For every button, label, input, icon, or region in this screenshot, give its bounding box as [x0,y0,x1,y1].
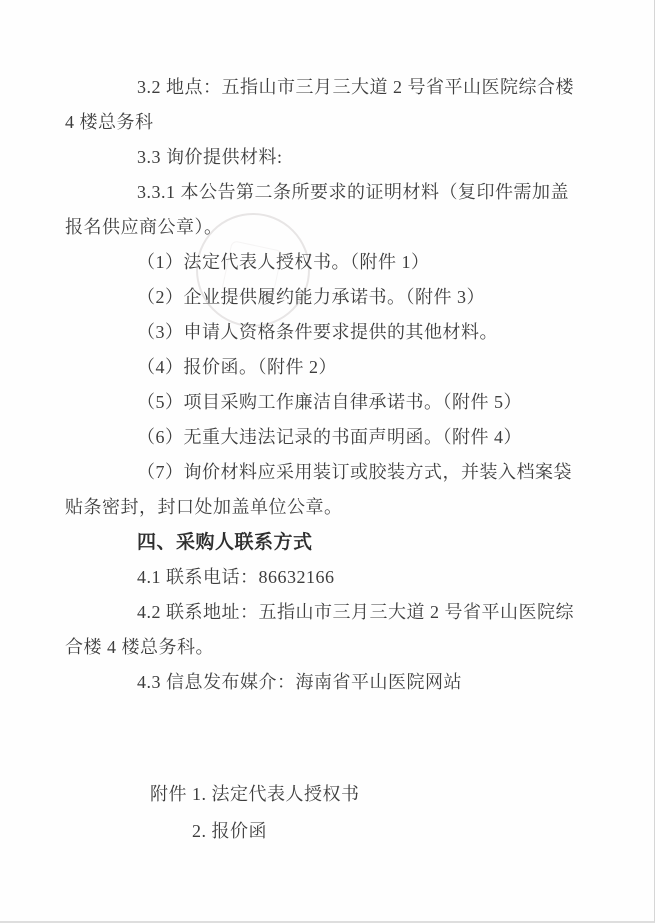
list-item-2-commitment: （2）企业提供履约能力承诺书。（附件 3） [65,280,605,315]
list-item-6-declaration: （6）无重大违法记录的书面声明函。（附件 4） [65,420,605,455]
list-item-7-wrap: 贴条密封，封口处加盖单位公章。 [65,490,605,525]
scanned-document-page: 3.2 地点：五指山市三月三大道 2 号省平山医院综合楼 4 楼总务科 3.3 … [0,0,655,923]
line-4-1-phone: 4.1 联系电话：86632166 [65,560,605,595]
attachments-list: 附件 1. 法定代表人授权书 2. 报价函 [65,776,605,850]
list-item-1-authorization: （1）法定代表人授权书。（附件 1） [65,245,605,280]
line-4-3-media: 4.3 信息发布媒介：海南省平山医院网站 [65,665,605,700]
line-3-3-1-certificates: 3.3.1 本公告第二条所要求的证明材料（复印件需加盖 [65,175,605,210]
list-item-5-integrity: （5）项目采购工作廉洁自律承诺书。（附件 5） [65,385,605,420]
attachment-item-2: 2. 报价函 [192,813,605,850]
line-3-2-location: 3.2 地点：五指山市三月三大道 2 号省平山医院综合楼 [65,70,605,105]
list-item-3-other-materials: （3）申请人资格条件要求提供的其他材料。 [65,315,605,350]
line-4-2-address-wrap: 合楼 4 楼总务科。 [65,630,605,665]
section-heading-4-contact: 四、采购人联系方式 [65,525,605,560]
line-4-2-address: 4.2 联系地址：五指山市三月三大道 2 号省平山医院综 [65,595,605,630]
document-body: 3.2 地点：五指山市三月三大道 2 号省平山医院综合楼 4 楼总务科 3.3 … [65,70,605,850]
list-item-7-binding: （7）询价材料应采用装订或胶装方式，并装入档案袋 [65,455,605,490]
line-3-3-1-wrap: 报名供应商公章）。 [65,210,605,245]
line-3-2-location-wrap: 4 楼总务科 [65,105,605,140]
line-3-3-materials: 3.3 询价提供材料: [65,140,605,175]
list-item-4-quotation: （4）报价函。（附件 2） [65,350,605,385]
attachment-item-1: 附件 1. 法定代表人授权书 [150,776,605,813]
